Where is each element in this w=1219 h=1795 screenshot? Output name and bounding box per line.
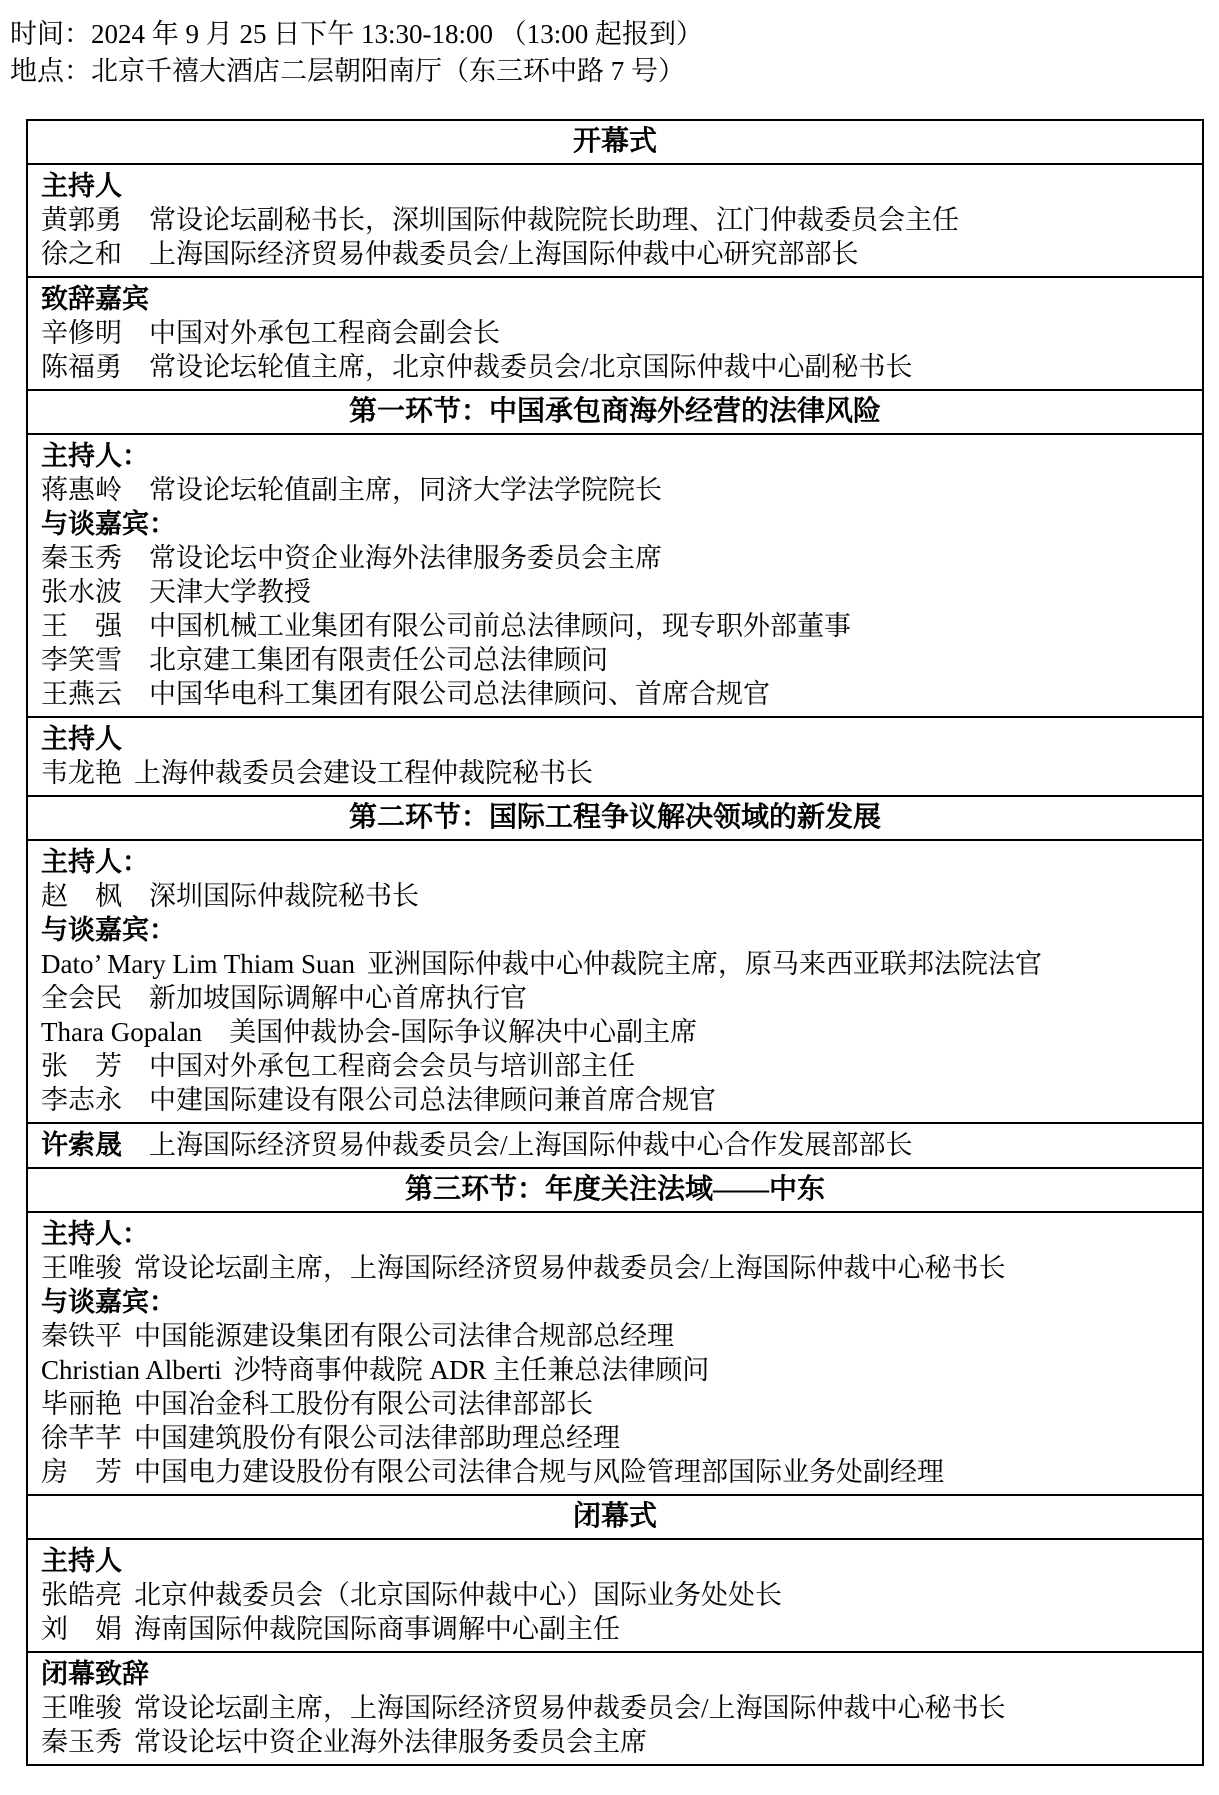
participant-line: 辛修明中国对外承包工程商会副会长 — [41, 316, 1188, 350]
participant-name: 蒋惠岭 — [41, 475, 122, 505]
participant-line: 赵 枫深圳国际仲裁院秘书长 — [41, 879, 1188, 913]
role-label: 与谈嘉宾： — [41, 507, 1188, 541]
participant-title: 中国冶金科工股份有限公司法律部部长 — [134, 1387, 593, 1421]
participant-line: 王唯骏常设论坛副主席，上海国际经济贸易仲裁委员会/上海国际仲裁中心秘书长 — [41, 1691, 1188, 1725]
participant-name: 王 强 — [41, 611, 122, 641]
section-title: 第一环节：中国承包商海外经营的法律风险 — [349, 396, 881, 427]
section-title: 开幕式 — [573, 126, 657, 157]
participant-name: 徐芊芊 — [41, 1423, 122, 1453]
participant-title: 常设论坛中资企业海外法律服务委员会主席 — [149, 541, 662, 575]
agenda-cell: 主持人：赵 枫深圳国际仲裁院秘书长与谈嘉宾：Dato’ Mary Lim Thi… — [28, 839, 1202, 1122]
participant-title: 亚洲国际仲裁中心仲裁院主席，原马来西亚联邦法院法官 — [367, 947, 1042, 981]
participant-line: 陈福勇常设论坛轮值主席，北京仲裁委员会/北京国际仲裁中心副秘书长 — [41, 350, 1188, 384]
participant-name: 全会民 — [41, 983, 122, 1013]
section-title: 第二环节：国际工程争议解决领域的新发展 — [349, 802, 881, 833]
section-header-row: 第三环节：年度关注法域——中东 — [28, 1167, 1202, 1211]
participant-name: 许索晟 — [41, 1130, 122, 1160]
participant-title: 上海国际经济贸易仲裁委员会/上海国际仲裁中心合作发展部部长 — [149, 1128, 913, 1162]
participant-line: Dato’ Mary Lim Thiam Suan亚洲国际仲裁中心仲裁院主席，原… — [41, 947, 1188, 981]
participant-line: 全会民新加坡国际调解中心首席执行官 — [41, 981, 1188, 1015]
role-label: 主持人 — [41, 1544, 1188, 1578]
participant-name: Dato’ Mary Lim Thiam Suan — [41, 949, 355, 979]
participant-line: 秦玉秀常设论坛中资企业海外法律服务委员会主席 — [41, 541, 1188, 575]
section-title: 闭幕式 — [573, 1501, 657, 1532]
agenda-cell: 致辞嘉宾辛修明中国对外承包工程商会副会长陈福勇常设论坛轮值主席，北京仲裁委员会/… — [28, 276, 1202, 389]
participant-title: 海南国际仲裁院国际商事调解中心副主任 — [134, 1612, 620, 1646]
participant-name: 刘 娟 — [41, 1614, 122, 1644]
participant-title: 中国华电科工集团有限公司总法律顾问、首席合规官 — [149, 677, 770, 711]
event-location: 地点：北京千禧大酒店二层朝阳南厅（东三环中路 7 号） — [10, 53, 1219, 90]
section-header-row: 闭幕式 — [28, 1494, 1202, 1538]
participant-name: 秦铁平 — [41, 1321, 122, 1351]
participant-name: 李笑雪 — [41, 645, 122, 675]
role-label: 主持人： — [41, 439, 1188, 473]
participant-title: 常设论坛副主席，上海国际经济贸易仲裁委员会/上海国际仲裁中心秘书长 — [134, 1691, 1006, 1725]
participant-title: 沙特商事仲裁院 ADR 主任兼总法律顾问 — [234, 1353, 710, 1387]
participant-line: 张 芳中国对外承包工程商会会员与培训部主任 — [41, 1049, 1188, 1083]
participant-name: 辛修明 — [41, 318, 122, 348]
participant-name: 张水波 — [41, 577, 122, 607]
participant-line: 王 强中国机械工业集团有限公司前总法律顾问，现专职外部董事 — [41, 609, 1188, 643]
participant-line: 徐之和上海国际经济贸易仲裁委员会/上海国际仲裁中心研究部部长 — [41, 237, 1188, 271]
participant-name: 韦龙艳 — [41, 758, 122, 788]
participant-line: 李笑雪北京建工集团有限责任公司总法律顾问 — [41, 643, 1188, 677]
participant-line: 毕丽艳中国冶金科工股份有限公司法律部部长 — [41, 1387, 1188, 1421]
agenda-cell: 主持人韦龙艳上海仲裁委员会建设工程仲裁院秘书长 — [28, 716, 1202, 795]
participant-title: 中国对外承包工程商会副会长 — [149, 316, 500, 350]
agenda-cell: 主持人：蒋惠岭常设论坛轮值副主席，同济大学法学院院长与谈嘉宾：秦玉秀常设论坛中资… — [28, 433, 1202, 716]
participant-name: 房 芳 — [41, 1457, 122, 1487]
participant-line: 许索晟上海国际经济贸易仲裁委员会/上海国际仲裁中心合作发展部部长 — [41, 1128, 1188, 1162]
event-meta: 时间：2024 年 9 月 25 日下午 13:30-18:00 （13:00 … — [0, 0, 1219, 90]
participant-title: 天津大学教授 — [149, 575, 311, 609]
participant-title: 中国机械工业集团有限公司前总法律顾问，现专职外部董事 — [149, 609, 851, 643]
section-header-row: 第一环节：中国承包商海外经营的法律风险 — [28, 389, 1202, 433]
participant-name: 王唯骏 — [41, 1253, 122, 1283]
event-time: 时间：2024 年 9 月 25 日下午 13:30-18:00 （13:00 … — [10, 16, 1219, 53]
participant-name: 秦玉秀 — [41, 1727, 122, 1757]
role-label: 主持人： — [41, 845, 1188, 879]
role-label: 与谈嘉宾： — [41, 1285, 1188, 1319]
agenda-cell: 许索晟上海国际经济贸易仲裁委员会/上海国际仲裁中心合作发展部部长 — [28, 1122, 1202, 1167]
participant-title: 上海仲裁委员会建设工程仲裁院秘书长 — [134, 756, 593, 790]
agenda-cell: 主持人：王唯骏常设论坛副主席，上海国际经济贸易仲裁委员会/上海国际仲裁中心秘书长… — [28, 1211, 1202, 1494]
participant-title: 新加坡国际调解中心首席执行官 — [149, 981, 527, 1015]
participant-line: 房 芳中国电力建设股份有限公司法律合规与风险管理部国际业务处副经理 — [41, 1455, 1188, 1489]
participant-line: Thara Gopalan美国仲裁协会-国际争议解决中心副主席 — [41, 1015, 1188, 1049]
participant-title: 美国仲裁协会-国际争议解决中心副主席 — [229, 1015, 697, 1049]
program-table: 开幕式主持人黄郭勇常设论坛副秘书长，深圳国际仲裁院院长助理、江门仲裁委员会主任徐… — [26, 119, 1204, 1766]
participant-name: 张 芳 — [41, 1051, 122, 1081]
participant-title: 中国建筑股份有限公司法律部助理总经理 — [134, 1421, 620, 1455]
participant-name: 徐之和 — [41, 239, 122, 269]
agenda-document-page: 时间：2024 年 9 月 25 日下午 13:30-18:00 （13:00 … — [0, 0, 1219, 1795]
participant-line: 秦铁平中国能源建设集团有限公司法律合规部总经理 — [41, 1319, 1188, 1353]
role-label: 闭幕致辞 — [41, 1657, 1188, 1691]
participant-title: 中国对外承包工程商会会员与培训部主任 — [149, 1049, 635, 1083]
role-label: 主持人： — [41, 1217, 1188, 1251]
participant-title: 中国电力建设股份有限公司法律合规与风险管理部国际业务处副经理 — [134, 1455, 944, 1489]
participant-name: 王燕云 — [41, 679, 122, 709]
agenda-cell: 主持人张皓亮北京仲裁委员会（北京国际仲裁中心）国际业务处处长刘 娟海南国际仲裁院… — [28, 1538, 1202, 1651]
participant-line: 李志永中建国际建设有限公司总法律顾问兼首席合规官 — [41, 1083, 1188, 1117]
agenda-cell: 主持人黄郭勇常设论坛副秘书长，深圳国际仲裁院院长助理、江门仲裁委员会主任徐之和上… — [28, 163, 1202, 276]
participant-name: 陈福勇 — [41, 352, 122, 382]
participant-line: 韦龙艳上海仲裁委员会建设工程仲裁院秘书长 — [41, 756, 1188, 790]
participant-title: 北京仲裁委员会（北京国际仲裁中心）国际业务处处长 — [134, 1578, 782, 1612]
participant-name: 赵 枫 — [41, 881, 122, 911]
participant-line: 蒋惠岭常设论坛轮值副主席，同济大学法学院院长 — [41, 473, 1188, 507]
participant-line: 徐芊芊中国建筑股份有限公司法律部助理总经理 — [41, 1421, 1188, 1455]
participant-title: 中建国际建设有限公司总法律顾问兼首席合规官 — [149, 1083, 716, 1117]
section-header-row: 第二环节：国际工程争议解决领域的新发展 — [28, 795, 1202, 839]
participant-name: 张皓亮 — [41, 1580, 122, 1610]
participant-line: 秦玉秀常设论坛中资企业海外法律服务委员会主席 — [41, 1725, 1188, 1759]
participant-title: 中国能源建设集团有限公司法律合规部总经理 — [134, 1319, 674, 1353]
participant-name: 王唯骏 — [41, 1693, 122, 1723]
participant-title: 常设论坛轮值主席，北京仲裁委员会/北京国际仲裁中心副秘书长 — [149, 350, 913, 384]
participant-title: 常设论坛副秘书长，深圳国际仲裁院院长助理、江门仲裁委员会主任 — [149, 203, 959, 237]
participant-name: 毕丽艳 — [41, 1389, 122, 1419]
role-label: 致辞嘉宾 — [41, 282, 1188, 316]
participant-line: 王燕云中国华电科工集团有限公司总法律顾问、首席合规官 — [41, 677, 1188, 711]
participant-title: 常设论坛轮值副主席，同济大学法学院院长 — [149, 473, 662, 507]
participant-line: Christian Alberti沙特商事仲裁院 ADR 主任兼总法律顾问 — [41, 1353, 1188, 1387]
participant-name: 李志永 — [41, 1085, 122, 1115]
role-label: 主持人 — [41, 169, 1188, 203]
participant-line: 刘 娟海南国际仲裁院国际商事调解中心副主任 — [41, 1612, 1188, 1646]
participant-title: 上海国际经济贸易仲裁委员会/上海国际仲裁中心研究部部长 — [149, 237, 859, 271]
participant-name: Thara Gopalan — [41, 1017, 202, 1047]
participant-line: 张水波天津大学教授 — [41, 575, 1188, 609]
participant-title: 常设论坛中资企业海外法律服务委员会主席 — [134, 1725, 647, 1759]
participant-line: 黄郭勇常设论坛副秘书长，深圳国际仲裁院院长助理、江门仲裁委员会主任 — [41, 203, 1188, 237]
participant-title: 常设论坛副主席，上海国际经济贸易仲裁委员会/上海国际仲裁中心秘书长 — [134, 1251, 1006, 1285]
participant-line: 王唯骏常设论坛副主席，上海国际经济贸易仲裁委员会/上海国际仲裁中心秘书长 — [41, 1251, 1188, 1285]
participant-title: 深圳国际仲裁院秘书长 — [149, 879, 419, 913]
section-header-row: 开幕式 — [28, 121, 1202, 163]
participant-name: 黄郭勇 — [41, 205, 122, 235]
participant-name: 秦玉秀 — [41, 543, 122, 573]
section-title: 第三环节：年度关注法域——中东 — [405, 1174, 825, 1205]
participant-line: 张皓亮北京仲裁委员会（北京国际仲裁中心）国际业务处处长 — [41, 1578, 1188, 1612]
role-label: 主持人 — [41, 722, 1188, 756]
role-label: 与谈嘉宾： — [41, 913, 1188, 947]
agenda-cell: 闭幕致辞王唯骏常设论坛副主席，上海国际经济贸易仲裁委员会/上海国际仲裁中心秘书长… — [28, 1651, 1202, 1764]
participant-title: 北京建工集团有限责任公司总法律顾问 — [149, 643, 608, 677]
participant-name: Christian Alberti — [41, 1355, 222, 1385]
